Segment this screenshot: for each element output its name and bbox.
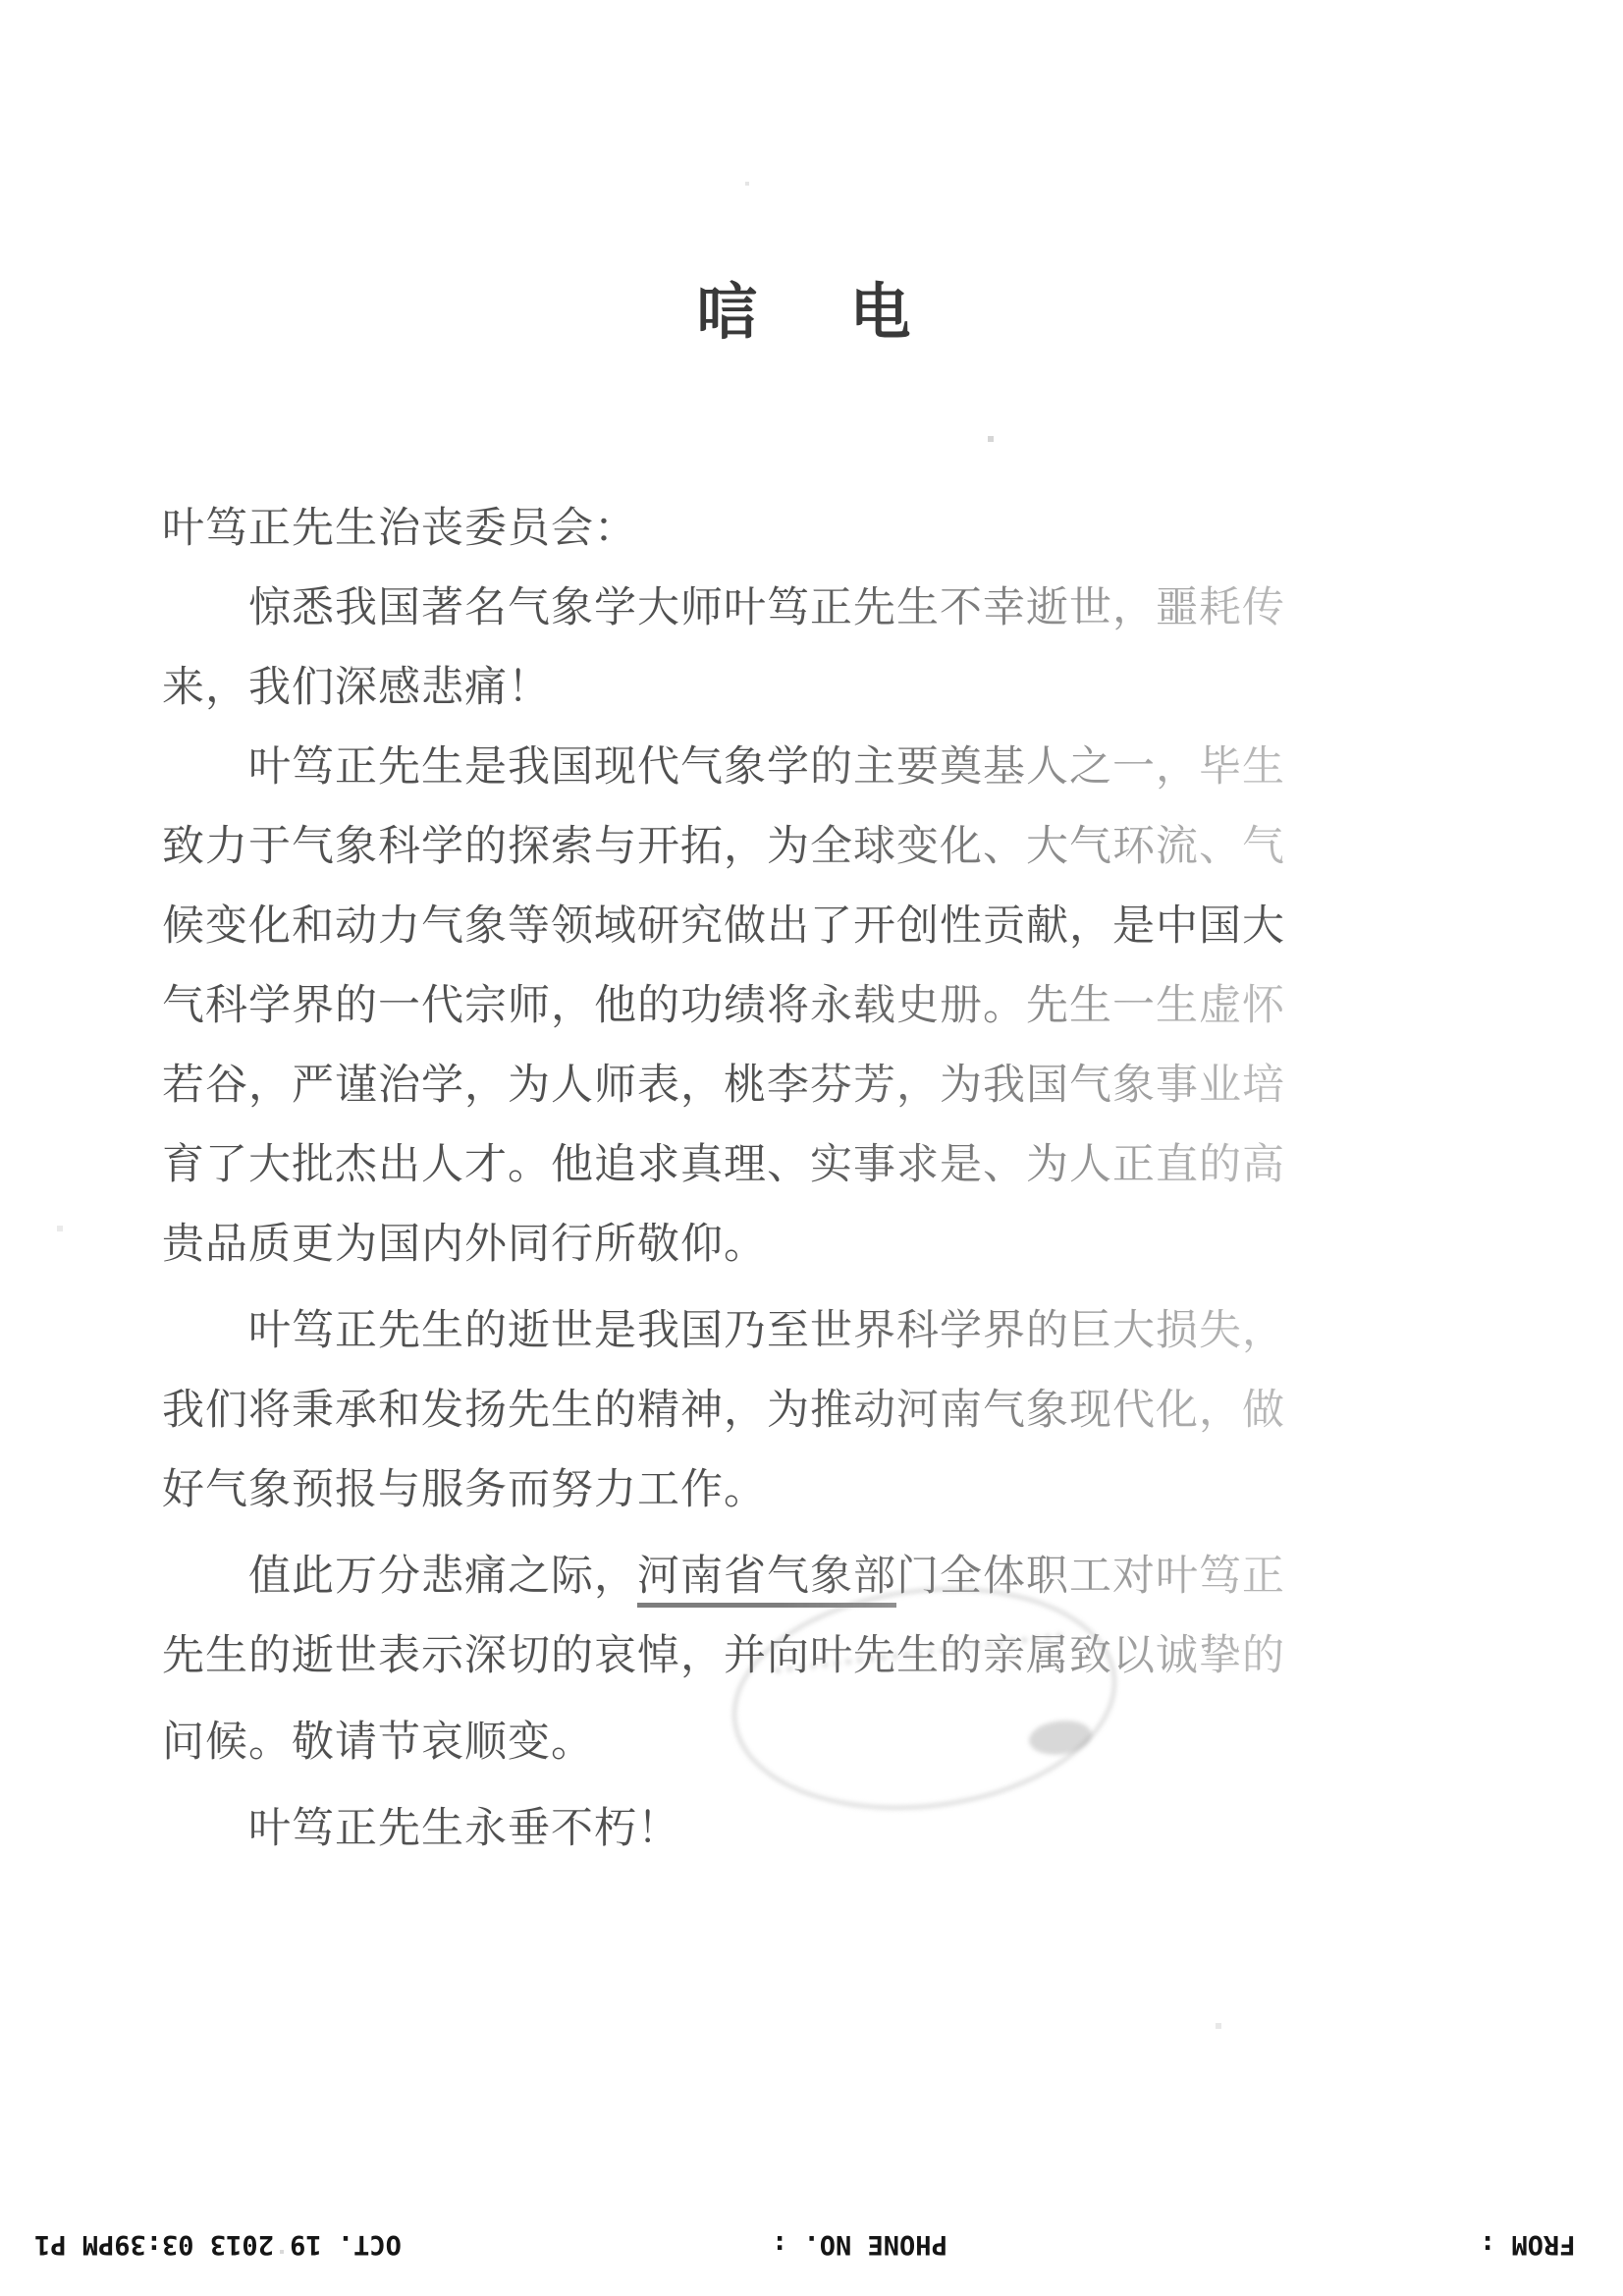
salutation-line: 叶笃正先生治丧委员会： [162,489,1291,569]
body-line: 来，我们深感悲痛！ [162,648,1291,728]
body-line: 育了大批杰出人才。他追求真理、实事求是、为人正直的高 [162,1125,1291,1205]
body-line: 贵品质更为国内外同行所敬仰。 [162,1205,1291,1285]
body-line: 好气象预报与服务而努力工作。 [162,1450,1291,1530]
fax-timestamp: OCT. 19 2013 03:39PM P1 [34,2229,402,2260]
fax-header-strip: OCT. 19 2013 03:39PM P1 PHONE NO. : FROM… [0,2229,1623,2272]
body-line: 先生的逝世表示深切的哀悼，并向叶先生的亲属致以诚挚的 [162,1616,1291,1696]
body-line: 问候。敬请节哀顺变。 [162,1703,1291,1782]
body-line: 若谷，严谨治学，为人师表，桃李芬芳，为我国气象事业培 [162,1046,1291,1125]
body-line: 气科学界的一代宗师，他的功绩将永载史册。先生一生虚怀 [162,966,1291,1046]
fax-phone-label: PHONE NO. : [772,2229,947,2260]
underlined-phrase: 河南省气象部 [637,1553,896,1608]
body-line: 惊悉我国著名气象学大师叶笃正先生不幸逝世，噩耗传 [162,569,1291,648]
fax-from-label: FROM : [1480,2229,1576,2260]
closing-line: 叶笃正先生永垂不朽！ [162,1789,1291,1869]
body-line: 我们将秉承和发扬先生的精神，为推动河南气象现代化，做 [162,1371,1291,1450]
document-body: 叶笃正先生治丧委员会： 惊悉我国著名气象学大师叶笃正先生不幸逝世，噩耗传 来，我… [162,489,1291,1869]
body-line: 叶笃正先生的逝世是我国乃至世界科学界的巨大损失， [162,1291,1291,1371]
body-line: 值此万分悲痛之际，河南省气象部门全体职工对叶笃正 [162,1537,1291,1616]
scan-noise-specks [0,0,2,2]
fax-document-page: 唁 电 叶笃正先生治丧委员会： 惊悉我国著名气象学大师叶笃正先生不幸逝世，噩耗传… [0,0,1623,2296]
body-line: 叶笃正先生是我国现代气象学的主要奠基人之一，毕生 [162,728,1291,807]
body-text-segment: 值此万分悲痛之际， [248,1553,637,1600]
body-line: 致力于气象科学的探索与开拓，为全球变化、大气环流、气 [162,807,1291,887]
body-line: 候变化和动力气象等领域研究做出了开创性贡献，是中国大 [162,887,1291,966]
document-title: 唁 电 [0,263,1623,351]
